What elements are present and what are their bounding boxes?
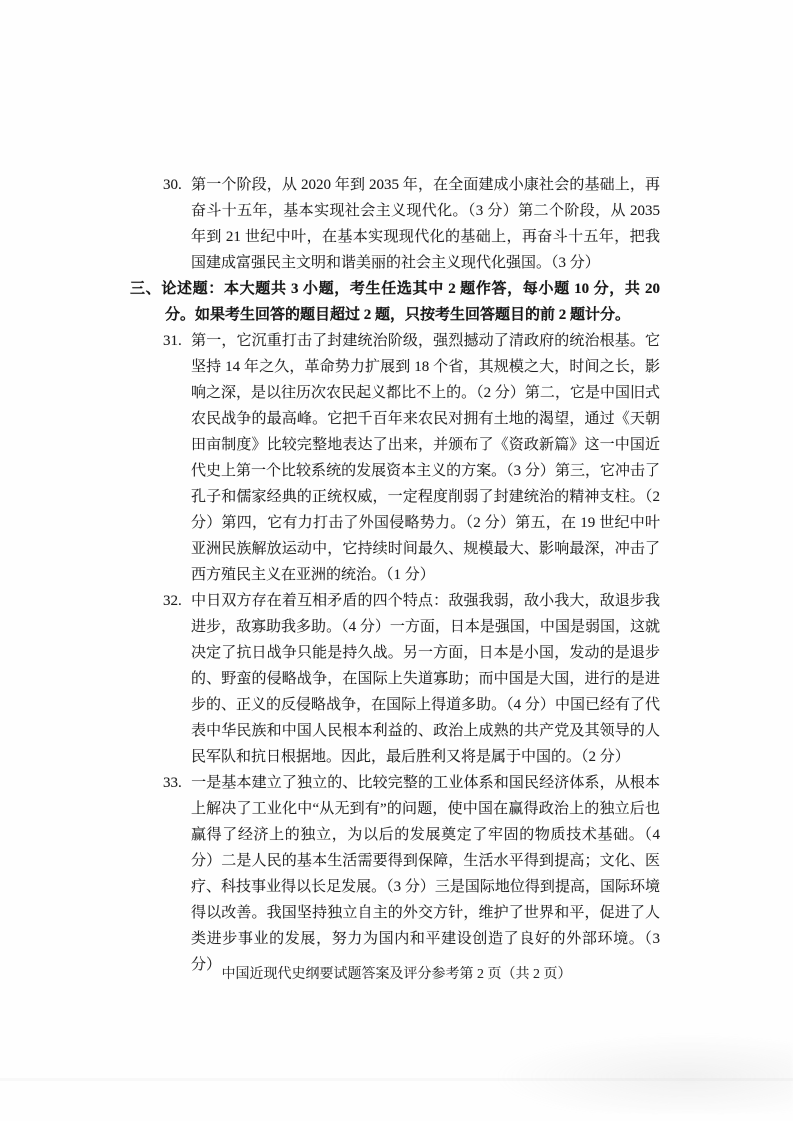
page-footer: 中国近现代史纲要试题答案及评分参考第 2 页（共 2 页） <box>0 963 793 983</box>
item-text-30: 第一个阶段，从 2020 年到 2035 年，在全面建成小康社会的基础上，再奋斗… <box>191 177 660 271</box>
scan-artifact <box>493 1033 793 1113</box>
document-page: 30.第一个阶段，从 2020 年到 2035 年，在全面建成小康社会的基础上，… <box>0 0 793 1121</box>
answer-item-31: 31.第一，它沉重打击了封建统治阶级，强烈撼动了清政府的统治根基。它坚持 14 … <box>163 328 660 588</box>
section-heading: 三、论述题：本大题共 3 小题，考生任选其中 2 题作答，每小题 10 分，共 … <box>130 276 660 328</box>
item-text-32: 中日双方存在着互相矛盾的四个特点：敌强我弱，敌小我大，敌退步我进步，敌寡助我多助… <box>191 593 660 765</box>
item-text-31: 第一，它沉重打击了封建统治阶级，强烈撼动了清政府的统治根基。它坚持 14 年之久… <box>191 333 660 583</box>
section-label: 三、 <box>130 281 161 297</box>
item-text-33: 一是基本建立了独立的、比较完整的工业体系和国民经济体系，从根本上解决了工业化中“… <box>191 775 660 973</box>
item-number-32: 32. <box>163 588 191 614</box>
section-text: 论述题：本大题共 3 小题，考生任选其中 2 题作答，每小题 10 分，共 20… <box>161 281 660 323</box>
item-number-30: 30. <box>163 172 191 198</box>
answer-item-33: 33.一是基本建立了独立的、比较完整的工业体系和国民经济体系，从根本上解决了工业… <box>163 770 660 978</box>
item-number-31: 31. <box>163 328 191 354</box>
answer-item-32: 32.中日双方存在着互相矛盾的四个特点：敌强我弱，敌小我大，敌退步我进步，敌寡助… <box>163 588 660 770</box>
answers-content: 30.第一个阶段，从 2020 年到 2035 年，在全面建成小康社会的基础上，… <box>163 172 660 978</box>
scan-band-artifact <box>0 1078 793 1081</box>
answer-item-30: 30.第一个阶段，从 2020 年到 2035 年，在全面建成小康社会的基础上，… <box>163 172 660 276</box>
item-number-33: 33. <box>163 770 191 796</box>
